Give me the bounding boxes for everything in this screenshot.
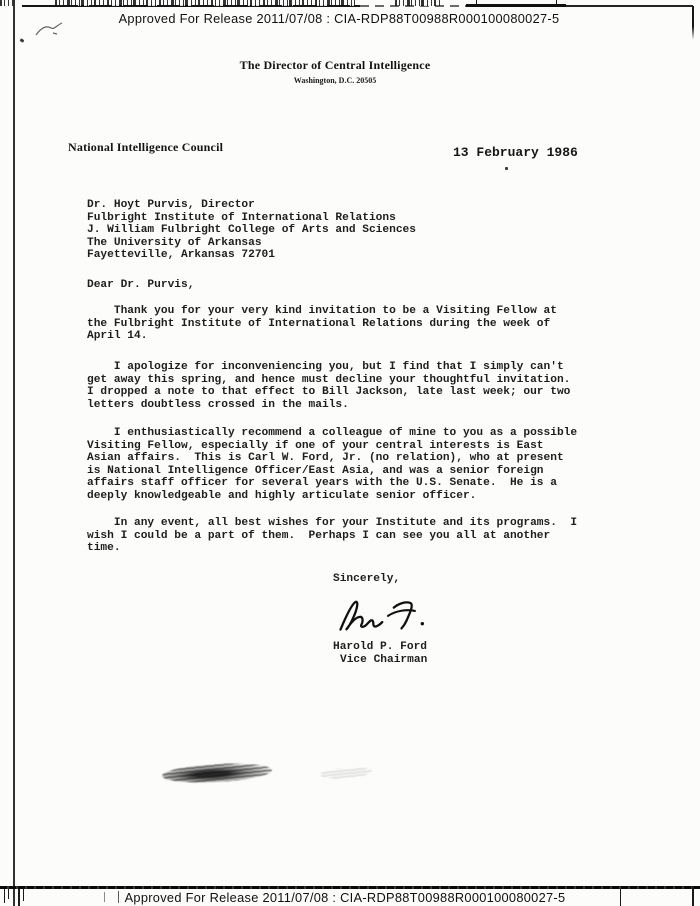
scan-perforation-ticks: [395, 0, 440, 6]
body-paragraph-2: I apologize for inconveniencing you, but…: [87, 361, 570, 411]
scan-tick-mark: [620, 889, 621, 906]
scan-bottom-rule: [0, 886, 700, 889]
scan-perforation-ticks: [0, 0, 13, 6]
recipient-address-block: Dr. Hoyt Purvis, Director Fulbright Inst…: [87, 199, 416, 262]
body-paragraph-3: I enthusiastically recommend a colleague…: [87, 427, 577, 503]
scan-tick-mark: [8, 889, 9, 899]
scan-speck: [20, 38, 25, 43]
scan-tick-mark: [104, 892, 105, 902]
office-name: National Intelligence Council: [68, 140, 223, 155]
scan-scribble-mark: [33, 20, 65, 40]
release-stamp-top: Approved For Release 2011/07/08 : CIA-RD…: [0, 11, 678, 26]
scan-tick-mark: [476, 0, 477, 5]
scan-top-rule-dark-segment: [466, 4, 566, 7]
scan-right-edge-line: [692, 6, 694, 40]
signature-handwritten: [335, 593, 432, 636]
letter-date: 13 February 1986: [453, 146, 578, 160]
scan-tick-mark: [18, 889, 20, 906]
scan-tick-mark: [118, 891, 119, 903]
valediction: Sincerely,: [333, 573, 400, 586]
scan-top-rule-right-segment: [566, 5, 693, 7]
signer-title: Vice Chairman: [340, 654, 427, 667]
scan-speck: [505, 167, 508, 170]
scan-smudge: [162, 761, 273, 785]
scanned-letter-page: Approved For Release 2011/07/08 : CIA-RD…: [0, 0, 700, 906]
scan-tick-mark: [23, 889, 24, 901]
body-paragraph-4: In any event, all best wishes for your I…: [87, 517, 577, 555]
scan-tick-mark: [556, 0, 557, 5]
signer-name: Harold P. Ford: [333, 641, 427, 654]
scan-perforation-ticks: [55, 0, 355, 6]
body-paragraph-1: Thank you for your very kind invitation …: [87, 305, 557, 343]
letterhead-location: Washington, D.C. 20505: [0, 76, 670, 85]
letterhead-title: The Director of Central Intelligence: [0, 58, 670, 73]
scan-tick-mark: [692, 886, 694, 906]
scan-tick-mark: [4, 889, 5, 903]
scan-smudge-faint: [320, 766, 373, 780]
salutation: Dear Dr. Purvis,: [87, 279, 194, 292]
scan-left-edge-line: [13, 0, 15, 906]
